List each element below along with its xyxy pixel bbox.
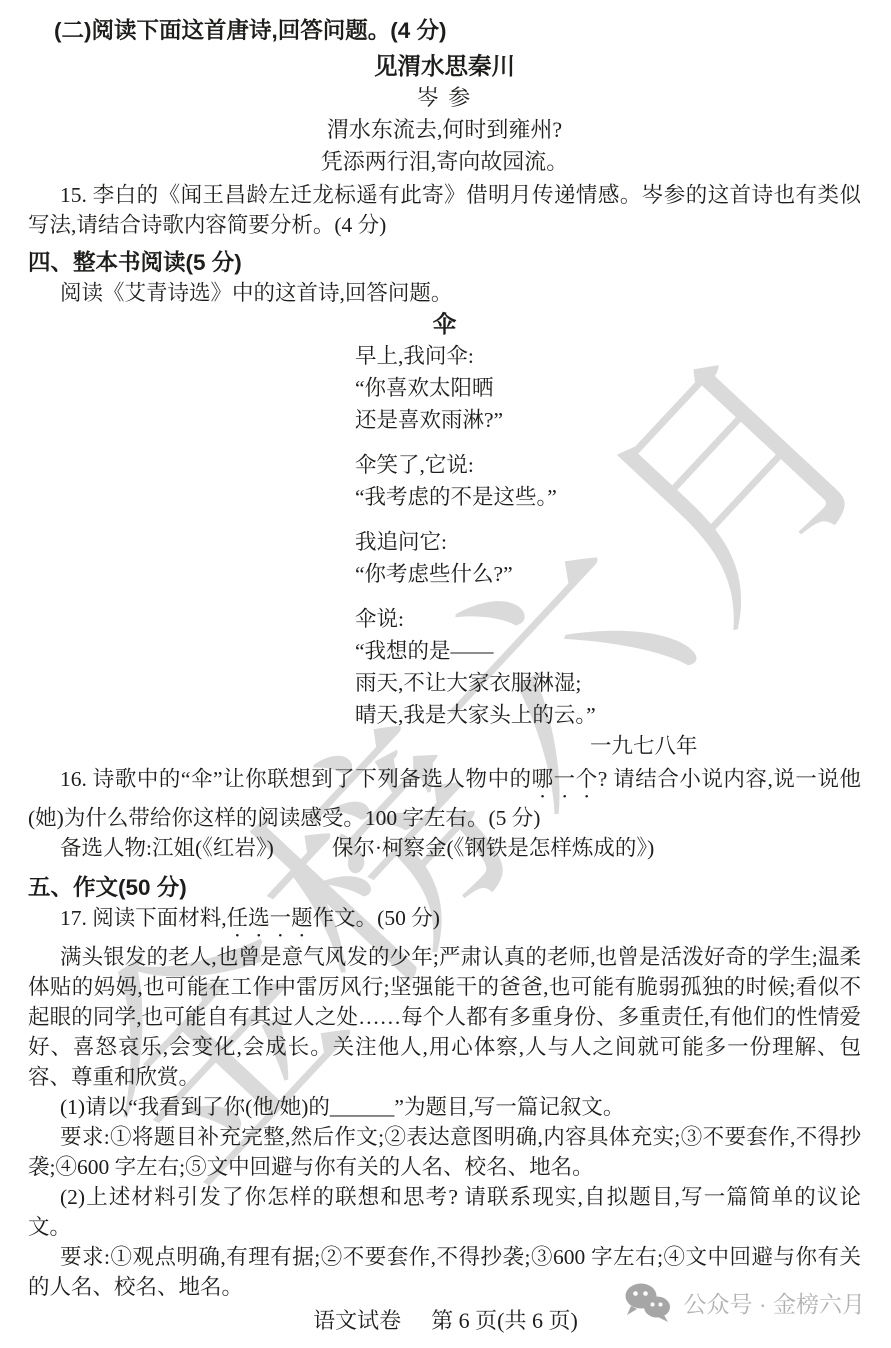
question-16: 16. 诗歌中的“伞”让你联想到了下列备选人物中的哪一个? 请结合小说内容,说一… bbox=[28, 764, 861, 833]
umbrella-poem-line: 伞说: bbox=[355, 603, 861, 635]
section-4-intro: 阅读《艾青诗选》中的这首诗,回答问题。 bbox=[28, 278, 861, 308]
umbrella-poem-line: “你考虑些什么?” bbox=[355, 558, 861, 590]
umbrella-poem-line bbox=[355, 513, 861, 526]
essay-task-1-requirements: 要求:①将题目补充完整,然后作文;②表达意图明确,内容具体充实;③不要套作,不得… bbox=[28, 1122, 861, 1182]
umbrella-poem-line: “我想的是—— bbox=[355, 635, 861, 667]
umbrella-poem-line: 晴天,我是大家头上的云。” bbox=[355, 699, 861, 731]
umbrella-poem-title: 伞 bbox=[28, 308, 861, 340]
umbrella-poem-line: 还是喜欢雨淋?” bbox=[355, 404, 861, 436]
question-16-pre: 16. 诗歌中的“伞”让你联想到了下列备选人物中的 bbox=[60, 767, 532, 791]
section-4-heading: 四、整本书阅读(5 分) bbox=[28, 248, 861, 278]
tang-poem-title: 见渭水思秦川 bbox=[28, 50, 861, 82]
section-2-heading: (二)阅读下面这首唐诗,回答问题。(4 分) bbox=[28, 16, 861, 46]
section-5-heading: 五、作文(50 分) bbox=[28, 873, 861, 903]
candidate-label: 备选人物: bbox=[60, 836, 152, 860]
essay-material: 满头银发的老人,也曾是意气风发的少年;严肃认真的老师,也曾是活泼好奇的学生;温柔… bbox=[28, 942, 861, 1092]
umbrella-poem-line: “你喜欢太阳晒 bbox=[355, 372, 861, 404]
exam-paper-page: 金榜六月 (二)阅读下面这首唐诗,回答问题。(4 分) 见渭水思秦川 岑 参 渭… bbox=[0, 0, 891, 1348]
umbrella-poem-line: “我考虑的不是这些。” bbox=[355, 481, 861, 513]
umbrella-poem-line: 我追问它: bbox=[355, 526, 861, 558]
umbrella-poem-line: 伞笑了,它说: bbox=[355, 449, 861, 481]
question-17: 17. 阅读下面材料,任选一题作文。(50 分) bbox=[28, 903, 861, 942]
candidate-option-1: 江姐(《红岩》) bbox=[152, 836, 274, 860]
question-17-emphasis: 任选一题 bbox=[227, 906, 313, 930]
wechat-icon bbox=[624, 1282, 672, 1322]
umbrella-poem-line bbox=[355, 436, 861, 449]
wechat-badge-label: 公众号 · 金榜六月 bbox=[684, 1286, 865, 1319]
umbrella-poem-body: 早上,我问伞:“你喜欢太阳晒还是喜欢雨淋?”伞笑了,它说:“我考虑的不是这些。”… bbox=[355, 340, 861, 731]
tang-poem-line: 渭水东流去,何时到雍州? bbox=[28, 114, 861, 146]
question-17-post: 作文。(50 分) bbox=[313, 906, 440, 930]
umbrella-poem-line: 雨天,不让大家衣服淋湿; bbox=[355, 667, 861, 699]
umbrella-poem-line bbox=[355, 590, 861, 603]
wechat-badge: 公众号 · 金榜六月 bbox=[624, 1282, 865, 1322]
candidate-option-2: 保尔·柯察金(《钢铁是怎样炼成的》) bbox=[332, 836, 654, 860]
footer-exam-name: 语文试卷 bbox=[313, 1308, 401, 1333]
question-16-emphasis: 哪一个 bbox=[532, 767, 598, 791]
tang-poem-lines: 渭水东流去,何时到雍州?凭添两行泪,寄向故园流。 bbox=[28, 114, 861, 178]
essay-task-1: (1)请以“我看到了你(他/她)的______”为题目,写一篇记叙文。 bbox=[28, 1092, 861, 1122]
page-content: (二)阅读下面这首唐诗,回答问题。(4 分) 见渭水思秦川 岑 参 渭水东流去,… bbox=[28, 16, 861, 1302]
footer-page-info: 第 6 页(共 6 页) bbox=[431, 1308, 578, 1333]
candidate-list: 备选人物:江姐(《红岩》)保尔·柯察金(《钢铁是怎样炼成的》) bbox=[28, 833, 861, 863]
question-17-pre: 17. 阅读下面材料, bbox=[60, 906, 227, 930]
tang-poem-line: 凭添两行泪,寄向故园流。 bbox=[28, 146, 861, 178]
umbrella-poem-date: 一九七八年 bbox=[590, 731, 861, 761]
tang-poem-author: 岑 参 bbox=[28, 82, 861, 114]
essay-task-2: (2)上述材料引发了你怎样的联想和思考? 请联系现实,自拟题目,写一篇简单的议论… bbox=[28, 1182, 861, 1242]
question-15: 15. 李白的《闻王昌龄左迁龙标遥有此寄》借明月传递情感。岑参的这首诗也有类似写… bbox=[28, 180, 861, 240]
umbrella-poem-line: 早上,我问伞: bbox=[355, 340, 861, 372]
